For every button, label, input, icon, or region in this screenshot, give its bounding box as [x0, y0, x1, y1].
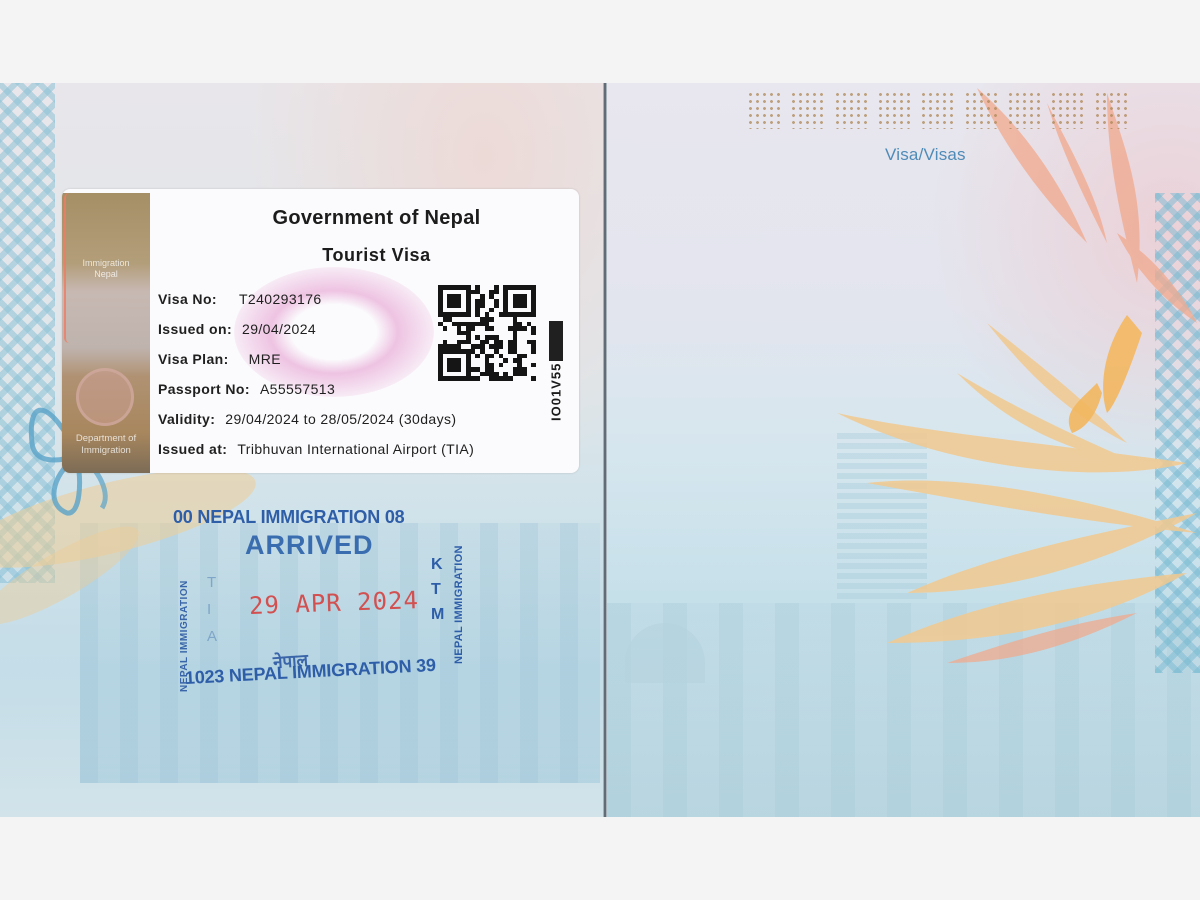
stamp-letter: T	[207, 574, 217, 591]
field-label: Issued on:	[158, 317, 232, 347]
passport-spread: Immigration Nepal Department of Immigrat…	[0, 83, 1200, 817]
stamp-letter: T	[431, 581, 444, 599]
stamp-right-vertical: NEPAL IMMIGRATION	[453, 524, 465, 664]
stamp-bottom-line: 1023 NEPAL IMMIGRATION 39	[184, 655, 436, 689]
passport-left-page: Immigration Nepal Department of Immigrat…	[0, 83, 605, 817]
field-value: 29/04/2024 to 28/05/2024 (30days)	[225, 407, 456, 437]
stamp-status: ARRIVED	[245, 530, 374, 561]
field-value: A55557513	[260, 377, 335, 407]
visa-title: Government of Nepal	[150, 207, 579, 230]
hologram-strip: Immigration Nepal Department of Immigrat…	[62, 193, 150, 473]
field-value: 29/04/2024	[242, 317, 316, 347]
field-label: Visa Plan:	[158, 347, 229, 377]
perforation-digit	[877, 91, 910, 129]
field-value: Tribhuvan International Airport (TIA)	[237, 437, 474, 467]
bird-of-paradise-flower-icon	[807, 83, 1200, 703]
stamp-top-line: 00 NEPAL IMMIGRATION 08	[173, 507, 404, 528]
perforation-digit	[920, 91, 953, 129]
perforation-digit	[964, 91, 997, 129]
stamp-letter: M	[431, 606, 444, 624]
field-value: T240293176	[239, 287, 322, 317]
field-label: Validity:	[158, 407, 215, 437]
arrival-stamp: 00 NEPAL IMMIGRATION 08 ARRIVED NEPAL IM…	[163, 504, 481, 704]
hologram-bottom-text: Department of Immigration	[66, 433, 146, 457]
page-label: Visa/Visas	[885, 145, 966, 165]
field-label: Visa No:	[158, 287, 217, 317]
field-validity: Validity: 29/04/2024 to 28/05/2024 (30da…	[158, 407, 474, 437]
stamp-date: 29 APR 2024	[249, 586, 420, 620]
stamp-letter: A	[207, 628, 217, 645]
field-passport-no: Passport No: A55557513	[158, 377, 474, 407]
hologram-top-text: Immigration Nepal	[70, 258, 142, 280]
perforation-digit	[747, 91, 780, 129]
vertical-code-text: IO01V55	[549, 363, 564, 421]
field-visa-no: Visa No: T240293176	[158, 287, 474, 317]
photo-stage: Immigration Nepal Department of Immigrat…	[0, 0, 1200, 900]
field-issued-on: Issued on: 29/04/2024	[158, 317, 474, 347]
field-visa-plan: Visa Plan: MRE	[158, 347, 474, 377]
perforation-digit	[790, 91, 823, 129]
qr-code-icon	[438, 285, 536, 381]
field-issued-at: Issued at: Tribhuvan International Airpo…	[158, 437, 474, 467]
stamp-letter: K	[431, 556, 444, 574]
vertical-code: IO01V55	[548, 281, 564, 421]
emblem-icon	[76, 368, 134, 426]
stamp-port-code-left: T I A	[207, 574, 217, 645]
perforation-digit	[1094, 91, 1127, 129]
stamp-letter: I	[207, 601, 217, 618]
field-label: Passport No:	[158, 377, 250, 407]
perforation-digit	[1007, 91, 1040, 129]
stamp-port-code-right: K T M	[431, 556, 444, 624]
visa-fields: Visa No: T240293176 Issued on: 29/04/202…	[158, 287, 474, 467]
perforation-digit	[834, 91, 867, 129]
passport-right-page: Visa/Visas	[607, 83, 1200, 817]
visa-subtitle: Tourist Visa	[150, 245, 579, 266]
field-value: MRE	[249, 347, 281, 377]
field-label: Issued at:	[158, 437, 227, 467]
perforated-passport-number	[747, 91, 1127, 129]
perforation-digit	[1050, 91, 1083, 129]
redaction-bar	[549, 321, 563, 361]
visa-sticker: Immigration Nepal Department of Immigrat…	[62, 189, 579, 473]
